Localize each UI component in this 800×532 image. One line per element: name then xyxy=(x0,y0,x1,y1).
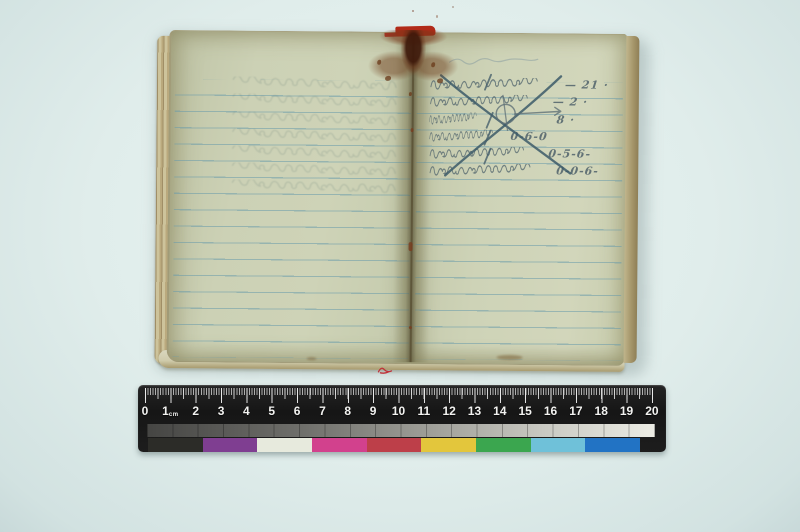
ruler-number: 19 xyxy=(620,403,633,420)
ruler-number: 15 xyxy=(519,403,532,420)
color-patch-yellow xyxy=(421,438,476,452)
ruler-number: 2 xyxy=(192,403,199,420)
ghost-writing-row xyxy=(197,111,399,126)
ruler-number: 17 xyxy=(569,403,582,420)
ruler-number: 8 xyxy=(344,403,351,420)
gutter-stain-dot xyxy=(411,128,414,132)
edge-smudge xyxy=(497,355,523,360)
edge-smudge xyxy=(307,357,317,360)
ruler-number: 14 xyxy=(493,403,506,420)
red-thread xyxy=(376,366,392,375)
cross-out-mark xyxy=(445,75,561,176)
ghost-writing-row xyxy=(196,128,398,143)
ghost-writing-row xyxy=(197,76,399,91)
ruler-number: 5 xyxy=(268,403,275,420)
ruler-number: 12 xyxy=(442,403,455,420)
gutter-stain-dot xyxy=(409,326,412,329)
color-patch-cyan xyxy=(531,438,586,452)
ghost-writing-row xyxy=(196,179,398,194)
slash-ticks xyxy=(484,75,493,164)
dust-speck xyxy=(452,6,454,8)
ruler-number-row: 01cm234567891011121314151617181920 xyxy=(138,403,666,420)
color-patch-blue xyxy=(585,438,640,452)
ruler-number: 0 xyxy=(142,403,149,420)
color-patch-green xyxy=(476,438,531,452)
annotation-overlay xyxy=(411,32,640,364)
ghost-writing-row xyxy=(196,145,398,160)
dust-speck xyxy=(436,15,438,18)
color-patch-black xyxy=(148,438,203,452)
ghost-writing-row xyxy=(196,162,398,177)
ruler-unit-label: cm xyxy=(169,412,179,418)
ruler-number: 9 xyxy=(370,403,377,420)
ruler-number: 13 xyxy=(468,403,481,420)
calibration-ruler: 01cm234567891011121314151617181920 xyxy=(138,385,666,452)
gutter-stain-dot xyxy=(409,242,413,251)
ruler-number: 16 xyxy=(544,403,557,420)
grayscale-gradient-bar xyxy=(147,424,655,437)
color-patch-off-white xyxy=(257,438,312,452)
ruler-number: 3 xyxy=(218,403,225,420)
manuscript-page-left xyxy=(167,30,416,364)
faint-scribble xyxy=(449,58,538,64)
ruler-number: 4 xyxy=(243,403,250,420)
ruler-number: 11 xyxy=(417,403,430,420)
ruler-number: 6 xyxy=(294,403,301,420)
dust-speck xyxy=(412,10,414,12)
color-patch-red xyxy=(367,438,422,452)
color-patch-row xyxy=(148,438,640,452)
color-patch-purple xyxy=(203,438,258,452)
wax-seal-remnant xyxy=(395,26,435,37)
open-notebook: — 21 · — 2 · 8 · 0-6-0 0-5-6- 0-0-6- xyxy=(167,30,640,364)
ruler-number: 18 xyxy=(595,403,608,420)
ruler-number: 7 xyxy=(319,403,326,420)
ruler-tick-marks xyxy=(145,388,653,403)
ghost-writing-row xyxy=(197,93,399,108)
color-patch-magenta xyxy=(312,438,367,452)
photograph-stage: — 21 · — 2 · 8 · 0-6-0 0-5-6- 0-0-6- xyxy=(0,0,800,532)
ruler-number: 10 xyxy=(392,403,405,420)
ruler-number: 20 xyxy=(645,403,658,420)
ruler-number: 1cm xyxy=(162,403,178,424)
